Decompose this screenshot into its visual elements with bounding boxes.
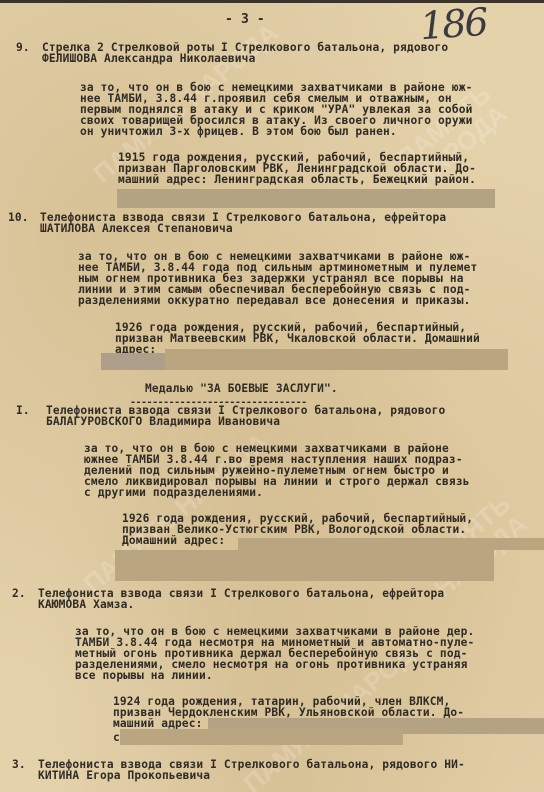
entry-number: 2. [12,588,26,599]
entry-name: БАЛАГУРОВСКОГО Владимира Ивановича [46,416,280,427]
redacted-address [115,550,494,581]
redacted-address [238,538,544,550]
merit-line: разделениями оккуратно передавал все дон… [78,295,470,306]
entry-name: КАЮМОВА Хамза. [38,599,134,610]
entry-number: 10. [8,212,29,223]
entry-number: I. [16,405,30,416]
redacted-address [117,189,495,208]
bio-line: с [113,732,120,743]
bio-line: машний адрес: Ленинградская область, Беж… [118,174,476,185]
medal-heading: Медалью "ЗА БОЕВЫЕ ЗАСЛУГИ". [145,383,338,394]
redacted-address [101,353,165,370]
merit-line: он уничтожил 3-х фрицев. В этом бою был … [80,126,397,137]
entry-name: КИТИНА Егора Прокопьевича [38,770,210,781]
entry-name: ШАТИЛОВА Алексея Степановича [40,223,233,234]
page-number: - 3 - [225,14,265,25]
bio-line: призван Матвеевским РВК, Чкаловской обла… [115,333,480,344]
entry-name: ФЕЛИШОВА Александра Николаевича [42,53,255,64]
entry-number: 9. [16,42,30,53]
redacted-address [120,729,403,745]
merit-line: все порывы на линии. [75,670,213,681]
entry-number: 3. [12,759,26,770]
bio-line: машний адрес: [113,718,203,729]
redacted-address [165,349,508,370]
award-document-page: ПАМЯТЬ НАРОДА ПАМЯТЬ НАРОДА ПАМЯТЬ НАРОД… [0,0,544,792]
bio-line: Домашний адрес: [122,535,225,546]
merit-line: с другими подразделениями. [84,487,263,498]
